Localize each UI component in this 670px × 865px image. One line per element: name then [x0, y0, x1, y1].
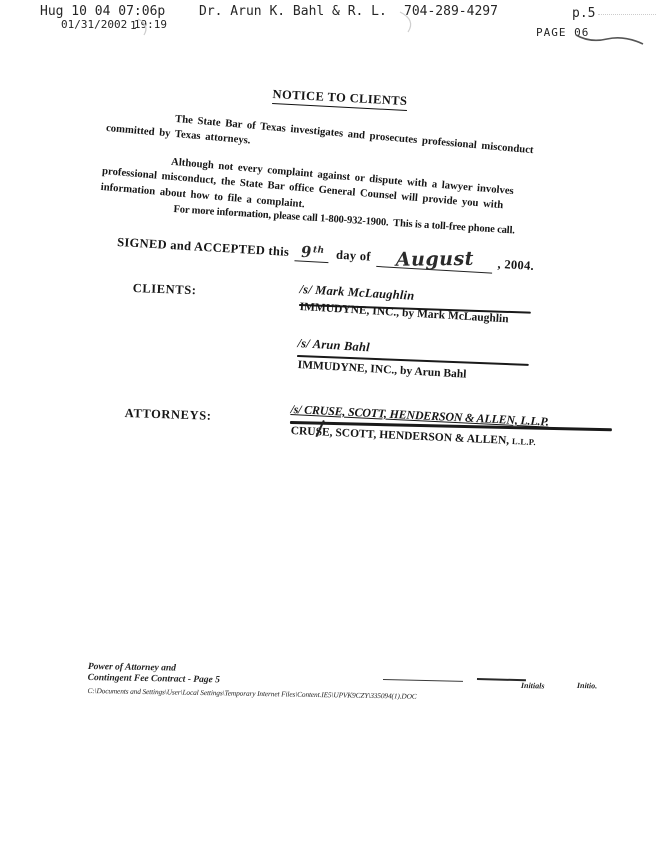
handwritten-month-blank: August: [376, 244, 493, 274]
scan-artifact-arc: [398, 10, 418, 34]
initials-label-2: Initio.: [577, 681, 597, 690]
fax-phone-number: 704-289-4297: [404, 4, 498, 19]
attorneys-printed-name: CRUSE, SCOTT, HENDERSON & ALLEN, L.L.P.: [290, 425, 536, 448]
initials-label: Initials: [521, 681, 545, 690]
handwritten-month: August: [396, 248, 474, 271]
signed-year-suffix: , 2004.: [497, 257, 534, 274]
scan-artifact-arc: [136, 17, 152, 37]
client1-signature: /s/ Mark McLaughlin: [299, 282, 415, 304]
initials-line: [477, 678, 526, 681]
document-footer: Power of Attorney and Contingent Fee Con…: [87, 662, 417, 701]
attorneys-printed-name-main: CRUSE, SCOTT, HENDERSON & ALLEN,: [290, 425, 509, 447]
signed-middle: day of: [336, 248, 372, 265]
handwritten-day: 9: [301, 243, 313, 261]
attorneys-printed-name-suffix: L.L.P.: [512, 436, 536, 447]
signed-prefix: SIGNED and ACCEPTED this: [117, 235, 290, 260]
client2-signature: /s/ Arun Bahl: [297, 336, 370, 355]
scanned-fax-document-page: Hug 10 04 07:06p Dr. Arun K. Bahl & R. L…: [0, 0, 670, 865]
document-title: NOTICE TO CLIENTS: [272, 87, 408, 111]
signed-accepted-line: SIGNED and ACCEPTED this 9th day of Augu…: [117, 229, 535, 276]
handwritten-day-blank: 9th: [295, 242, 330, 263]
scan-artifact-dots: [598, 14, 656, 15]
page-label-underline-squiggle: [575, 33, 647, 47]
client1-printed-name: IMMUDYNE, INC., by Mark McLaughlin: [299, 301, 509, 325]
clients-label: CLIENTS:: [132, 281, 196, 298]
fax-sender: Dr. Arun K. Bahl & R. L.: [199, 4, 387, 19]
handwritten-day-suffix: th: [313, 245, 325, 256]
attorneys-label: ATTORNEYS:: [125, 406, 212, 424]
fax-page-short: p.5: [572, 6, 595, 21]
